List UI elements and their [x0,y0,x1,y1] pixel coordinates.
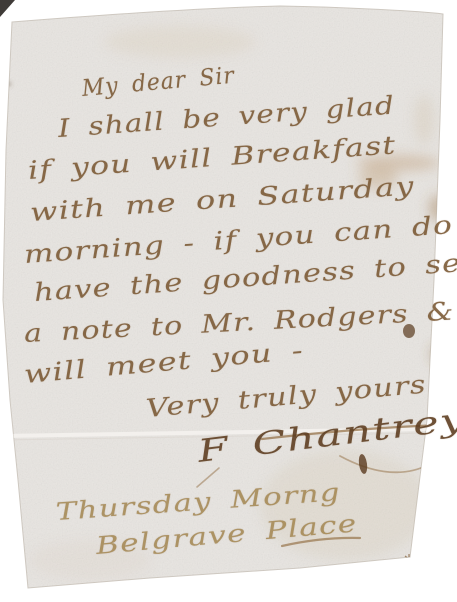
handwriting-layer: My dear Sir I shall be very glad if you … [0,0,457,602]
salutation-line: My dear Sir [81,63,236,102]
scanned-letter: My dear Sir I shall be very glad if you … [0,0,457,602]
